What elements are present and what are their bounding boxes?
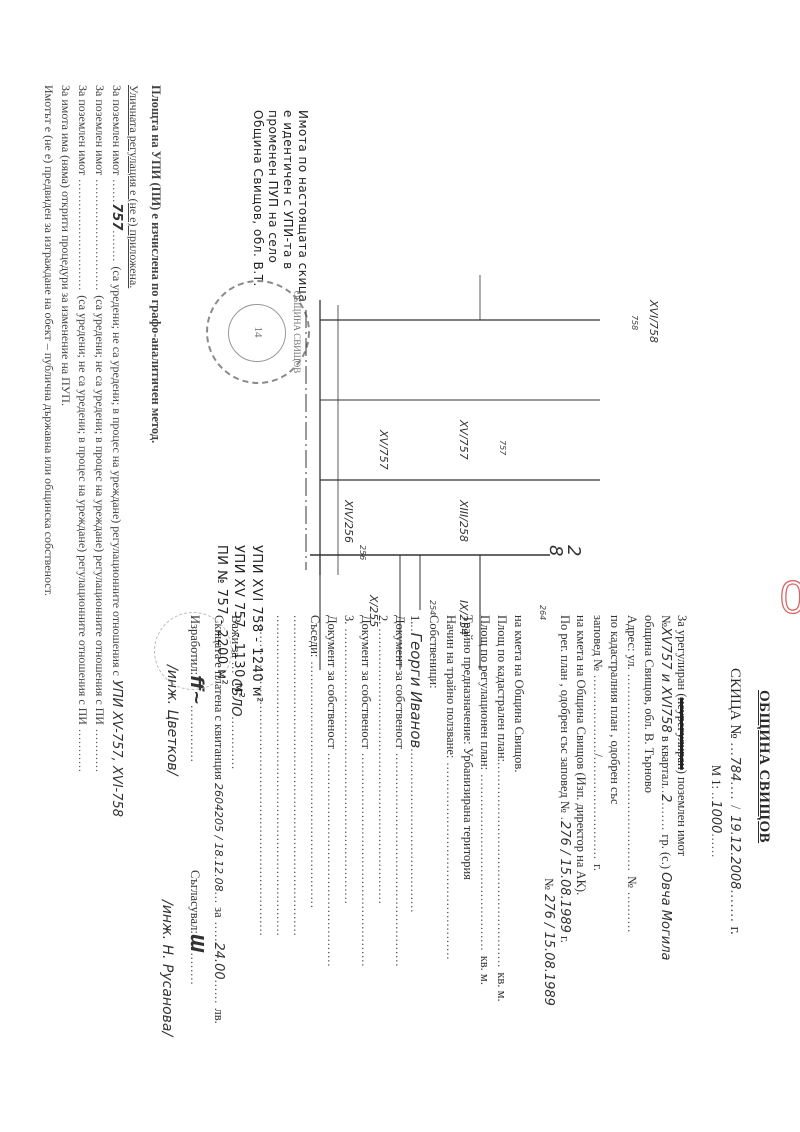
- svg-text:IX/254: IX/254: [457, 600, 470, 635]
- phone-watermark: 0882466001: [780, 570, 800, 624]
- sketch-document: ОБЩИНА СВИЩОВ СКИЦА № ...784.... / 19.12…: [0, 0, 800, 1132]
- svg-text:XIII/258: XIII/258: [457, 499, 470, 542]
- parcel-drawing: XVI/758 758 XV/757 757 XV/757 XIV/256 25…: [0, 0, 800, 1132]
- parcel-labels: XVI/758 758 XV/757 757 XV/757 XIV/256 25…: [342, 299, 660, 635]
- svg-text:256: 256: [358, 545, 367, 560]
- svg-text:X/255: X/255: [367, 594, 380, 627]
- svg-text:2: 2: [563, 545, 584, 556]
- svg-text:XVI/758: XVI/758: [647, 299, 660, 343]
- svg-text:254: 254: [428, 600, 437, 615]
- svg-text:264: 264: [538, 605, 547, 620]
- document-frame: ОБЩИНА СВИЩОВ СКИЦА № ...784.... / 19.12…: [0, 0, 800, 1132]
- svg-text:XV/757: XV/757: [457, 419, 470, 460]
- svg-text:757: 757: [498, 440, 507, 456]
- svg-text:758: 758: [630, 315, 639, 330]
- svg-text:XIV/256: XIV/256: [342, 499, 355, 543]
- svg-text:XV/757: XV/757: [377, 429, 390, 470]
- svg-text:8: 8: [545, 545, 566, 556]
